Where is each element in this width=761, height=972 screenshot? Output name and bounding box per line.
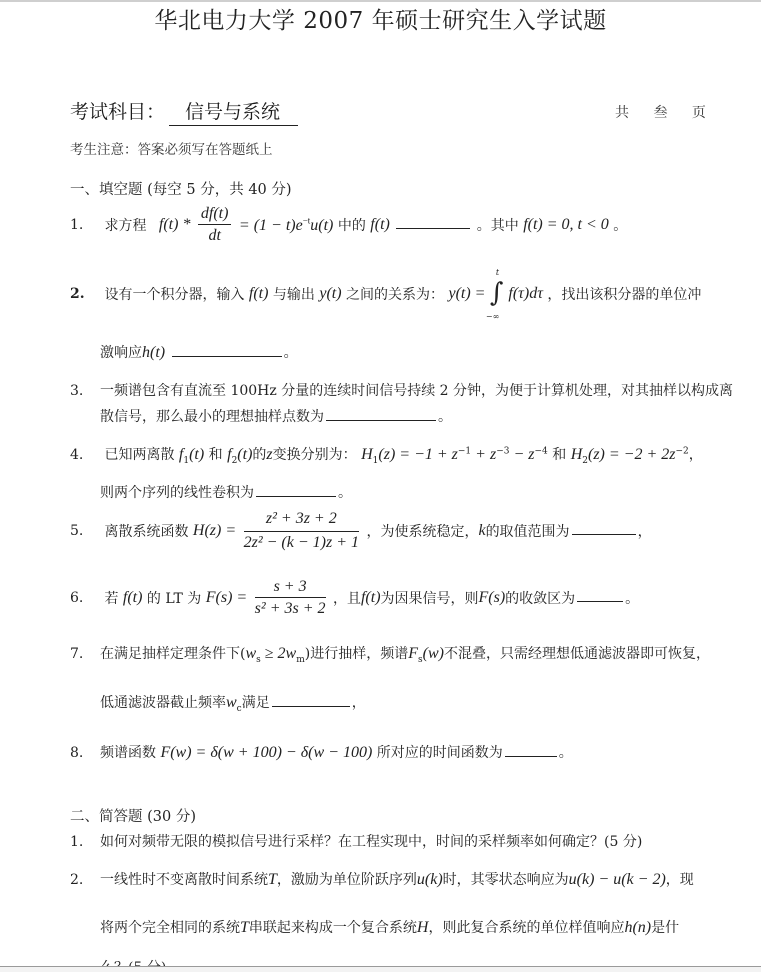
subject-label: 考试科目： [70, 101, 165, 123]
s1-question-1: 1. 求方程 f(t) * df(t)dt = (1 − t)e−tu(t) 中… [70, 205, 627, 245]
answer-blank[interactable] [272, 705, 350, 707]
question-number: 4. [70, 447, 100, 463]
s1-question-7: 7.在满足抽样定理条件下(ws ≥ 2wm)进行抽样，频谱Fs(w)不混叠，只需… [70, 643, 710, 665]
subject-value: 信号与系统 [169, 97, 298, 126]
section1-heading: 一、填空题 (每空 5 分，共 40 分) [70, 178, 292, 199]
s2-question-2-line2: 将两个完全相同的系统T串联起来构成一个复合系统H，则此复合系统的单位样值响应h(… [100, 917, 679, 937]
s2-question-2: 2.一线性时不变离散时间系统T，激励为单位阶跃序列u(k)时，其零状态响应为u(… [70, 869, 694, 889]
question-number: 7. [70, 646, 100, 662]
answer-blank[interactable] [396, 227, 470, 229]
answer-blank[interactable] [572, 533, 636, 535]
page-count: 共 叁 页 [615, 102, 716, 122]
answer-blank[interactable] [256, 495, 336, 497]
question-number: 2. [70, 872, 100, 888]
section2-heading: 二、简答题 (30 分) [70, 805, 196, 826]
integral-sign: ∫t−∞ [490, 276, 504, 312]
question-number: 5. [70, 523, 100, 539]
subject-line: 考试科目：信号与系统 [70, 97, 298, 126]
fraction: s + 3s² + 3s + 2 [255, 578, 326, 618]
question-number: 6. [70, 590, 100, 606]
s1-question-4-line2: 则两个序列的线性卷积为。 [100, 482, 352, 502]
question-number: 3. [70, 383, 100, 399]
s1-question-7-line2: 低通滤波器截止频率wc满足， [100, 692, 366, 714]
s1-question-3-line2: 散信号，那么最小的理想抽样点数为。 [100, 406, 452, 426]
question-number: 8. [70, 745, 100, 761]
answer-blank[interactable] [326, 419, 436, 421]
s1-question-2-line2: 激响应h(t) 。 [100, 342, 298, 362]
s2-question-1: 1.如何对频带无限的模拟信号进行采样？在工程实现中，时间的采样频率如何确定？(5… [70, 831, 642, 851]
s1-question-8: 8.频谱函数 F(w) = δ(w + 100) − δ(w − 100) 所对… [70, 742, 573, 762]
answer-blank[interactable] [505, 755, 557, 757]
answer-blank[interactable] [577, 600, 623, 602]
fraction: z² + 3z + 22z² − (k − 1)z + 1 [244, 510, 359, 552]
question-number: 1. [70, 217, 100, 233]
s1-question-2: 2. 设有一个积分器，输入 f(t) 与输出 y(t) 之间的关系为： y(t)… [70, 276, 701, 312]
page-bottom-margin [0, 967, 761, 972]
fraction: df(t)dt [198, 205, 232, 245]
exam-title: 华北电力大学 2007 年硕士研究生入学试题 [0, 2, 761, 35]
answer-blank[interactable] [172, 355, 282, 357]
question-number: 1. [70, 834, 100, 850]
s1-question-5: 5. 离散系统函数 H(z) = z² + 3z + 22z² − (k − 1… [70, 510, 652, 552]
s1-question-6: 6. 若 f(t) 的 LT 为 F(s) = s + 3s² + 3s + 2… [70, 578, 639, 618]
s1-question-3: 3.一频谱包含有直流至 100Hz 分量的连续时间信号持续 2 分钟，为便于计算… [70, 380, 733, 400]
s1-question-4: 4. 已知两离散 f1(t) 和 f2(t)的z变换分别为： H1(z) = −… [70, 444, 703, 466]
exam-notice: 考生注意：答案必须写在答题纸上 [70, 138, 273, 158]
question-number: 2. [70, 286, 100, 302]
